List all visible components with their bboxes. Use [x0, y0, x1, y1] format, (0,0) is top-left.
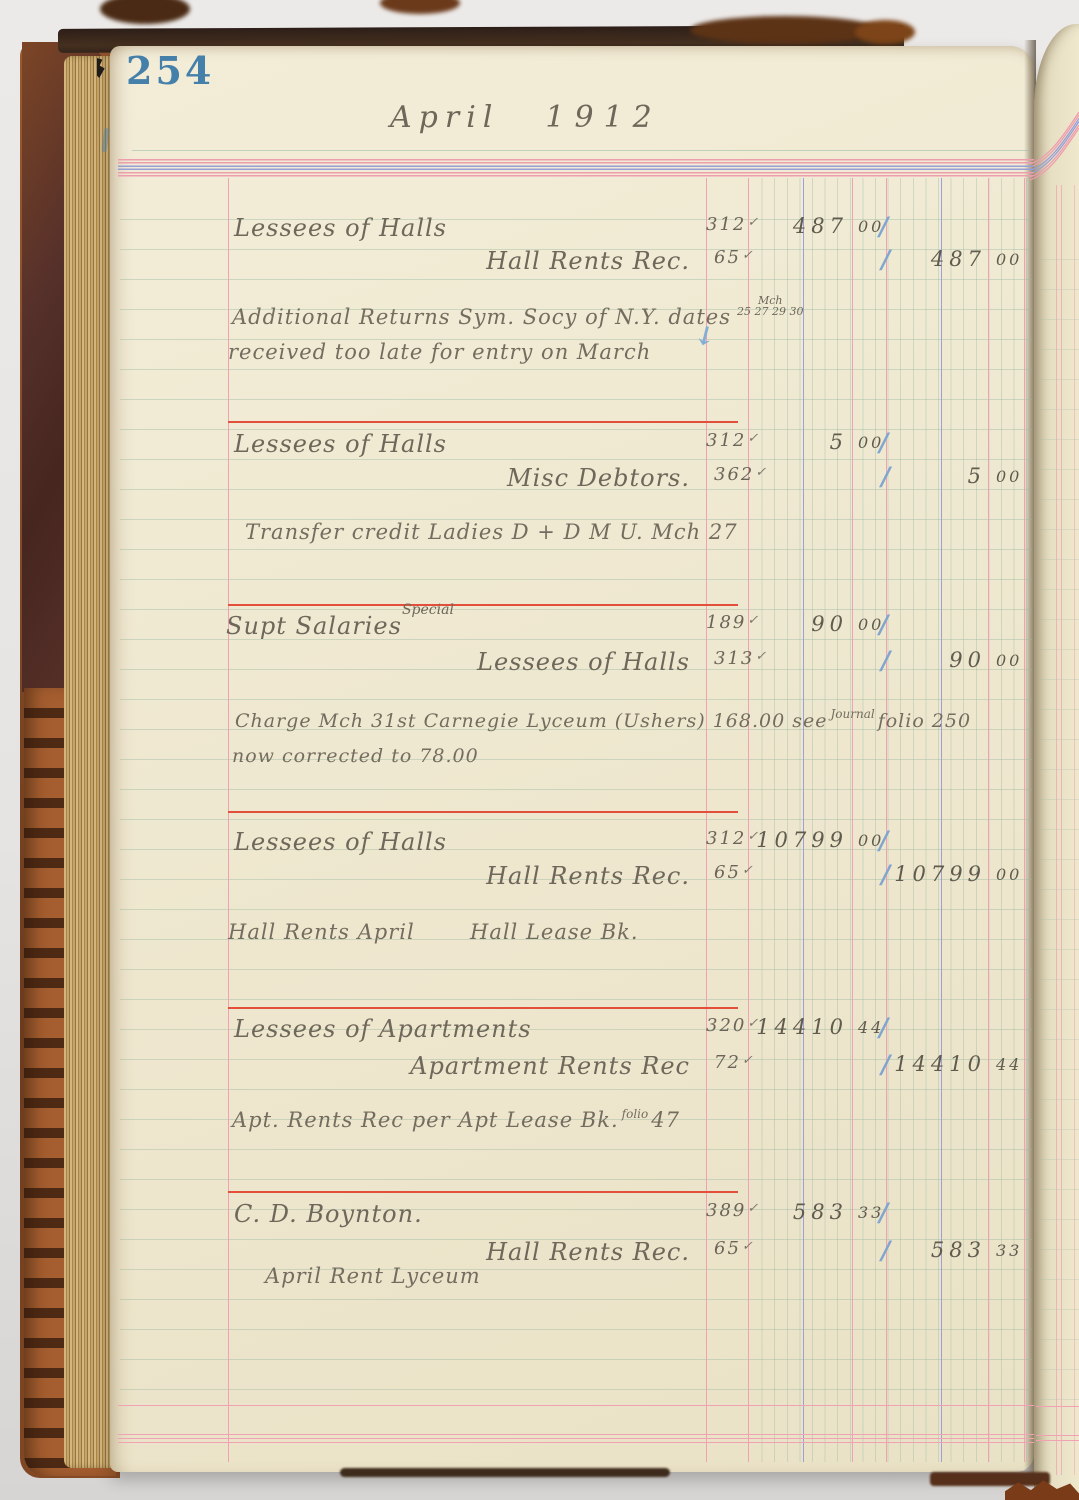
- debit-account-name: Lessees of Halls: [234, 430, 447, 458]
- book-bottom-edge: [930, 1472, 1050, 1486]
- entry-2-note-row: Transfer credit Ladies D + D M U. Mch 27: [0, 520, 1079, 554]
- credit-amount-cents: 44: [996, 1055, 1022, 1074]
- folio-number: 312: [706, 430, 746, 451]
- entry-1-credit-row: Hall Rents Rec. 65✓ / 487 00: [0, 247, 1079, 281]
- credit-account-name: Hall Rents Rec.: [360, 1238, 690, 1266]
- entry-note: Charge Mch 31st Carnegie Lyceum (Ushers)…: [235, 710, 971, 732]
- entry-4-credit-row: Hall Rents Rec. 65✓ / 10799 00: [0, 862, 1079, 896]
- title-month: April: [390, 100, 499, 135]
- credit-account-name: Misc Debtors.: [360, 464, 690, 492]
- entry-4-debit-row: Lessees of Halls 312✓ 10799 00 /: [0, 828, 1079, 862]
- ledger-photo: 254 April1912 Lessees of Halls 312✓ 487 …: [0, 0, 1079, 1500]
- note-text: April Rent Lyceum: [265, 1264, 481, 1288]
- facing-page-rule: [1036, 1406, 1079, 1407]
- entry-3-note-row-2: now corrected to 78.00: [0, 745, 1079, 779]
- entry-3-credit-row: Lessees of Halls 313✓ / 90 00: [0, 648, 1079, 682]
- torn-leather-fuzz: [690, 16, 880, 44]
- folio-number: 65: [714, 1238, 741, 1259]
- page-number: 254: [126, 48, 214, 93]
- credit-amount-cents: 00: [996, 651, 1022, 670]
- credit-amount-dollars: 14410: [886, 1052, 986, 1076]
- check-icon: ✓: [742, 1239, 755, 1254]
- note-text: 47: [651, 1108, 680, 1132]
- folio-number: 65: [714, 247, 741, 268]
- entry-6-note-row: April Rent Lyceum: [0, 1264, 1079, 1298]
- posting-tick-icon: /: [879, 212, 888, 241]
- account-superscript: Special: [402, 602, 454, 618]
- debit-account-name: C. D. Boynton.: [234, 1200, 423, 1228]
- folio-number: 72: [714, 1052, 741, 1073]
- note-text: received too late for entry on March: [228, 340, 651, 364]
- header-rule: [132, 150, 1030, 151]
- debit-account-name: Lessees of Halls: [234, 828, 447, 856]
- note-text: Transfer credit Ladies D + D M U. Mch 27: [245, 520, 738, 544]
- entry-2-credit-row: Misc Debtors. 362✓ / 5 00: [0, 464, 1079, 498]
- entry-3-note-row: Charge Mch 31st Carnegie Lyceum (Ushers)…: [0, 710, 1079, 744]
- credit-folio: 72✓: [714, 1052, 755, 1073]
- entry-6-debit-row: C. D. Boynton. 389✓ 583 33 /: [0, 1200, 1079, 1234]
- folio-number: 312: [706, 214, 746, 235]
- folio-number: 189: [706, 612, 746, 633]
- header-rule-band: [118, 158, 1034, 178]
- posting-tick-icon: /: [879, 1198, 888, 1227]
- entry-note: Apt. Rents Rec per Apt Lease Bk.folio47: [232, 1108, 680, 1132]
- entry-5-debit-row: Lessees of Apartments 320✓ 14410 44 /: [0, 1015, 1079, 1049]
- debit-account-name: Lessees of Halls: [234, 214, 447, 242]
- credit-folio: 65✓: [714, 247, 755, 268]
- credit-amount-dollars: 487: [886, 247, 986, 271]
- folio-number: 389: [706, 1200, 746, 1221]
- check-icon: ✓: [742, 1053, 755, 1068]
- credit-amount-dollars: 90: [886, 648, 986, 672]
- check-icon: ✓: [742, 248, 755, 263]
- debit-amount-dollars: 14410: [744, 1015, 848, 1039]
- entry-1-debit-row: Lessees of Halls 312✓ 487 00 /: [0, 214, 1079, 248]
- debit-account-name: Supt SalariesSpecial: [226, 612, 454, 640]
- note-text: now corrected to 78.00: [232, 745, 479, 767]
- annotation-dates: 25 27 29 30: [737, 306, 803, 317]
- entry-3-debit-row: Supt SalariesSpecial 189✓ 90 00 /: [0, 612, 1079, 646]
- title-year: 1912: [545, 100, 661, 135]
- credit-folio: 313✓: [714, 648, 768, 669]
- footer-rule: [118, 1442, 1034, 1443]
- facing-page-rule: [1036, 1435, 1079, 1436]
- credit-account-name: Apartment Rents Rec: [360, 1052, 690, 1080]
- facing-page-curl-band: [1030, 112, 1079, 184]
- credit-account-name: Hall Rents Rec.: [360, 247, 690, 275]
- folio-number: 362: [714, 464, 754, 485]
- entry-separator: [228, 1007, 738, 1009]
- entry-separator: [228, 811, 738, 813]
- entry-4-note-row: Hall Rents April Hall Lease Bk.: [0, 920, 1079, 954]
- credit-folio: 362✓: [714, 464, 768, 485]
- torn-leather-fuzz: [100, 0, 190, 24]
- credit-amount-cents: 00: [996, 467, 1022, 486]
- debit-amount-dollars: 5: [744, 430, 848, 454]
- debit-amount-dollars: 10799: [744, 828, 848, 852]
- credit-account-name: Hall Rents Rec.: [360, 862, 690, 890]
- note-text: Hall Rents April: [228, 920, 415, 944]
- note-superscript: Journal: [830, 707, 874, 721]
- footer-rule: [118, 1438, 1034, 1439]
- folio-number: 320: [706, 1015, 746, 1036]
- entry-2-debit-row: Lessees of Halls 312✓ 5 00 /: [0, 430, 1079, 464]
- credit-amount-dollars: 10799: [886, 862, 986, 886]
- folio-number: 313: [714, 648, 754, 669]
- check-icon: ✓: [755, 649, 768, 664]
- debit-amount-dollars: 487: [744, 214, 848, 238]
- note-superscript: folio: [622, 1107, 649, 1121]
- entry-1-note-row-2: received too late for entry on March: [0, 340, 1079, 374]
- credit-folio: 65✓: [714, 862, 755, 883]
- posting-tick-icon: /: [879, 428, 888, 457]
- book-bottom-edge: [340, 1468, 670, 1477]
- credit-amount-dollars: 583: [886, 1238, 986, 1262]
- note-text: folio 250: [878, 710, 971, 732]
- entry-separator: [228, 421, 738, 423]
- torn-leather-fuzz: [855, 20, 915, 44]
- posting-tick-icon: /: [879, 1013, 888, 1042]
- note-text: Charge Mch 31st Carnegie Lyceum (Ushers)…: [235, 710, 827, 732]
- credit-account-name: Lessees of Halls: [360, 648, 690, 676]
- note-annotation: Mch25 27 29 30: [737, 295, 803, 317]
- facing-page-rule: [1036, 1440, 1079, 1441]
- entry-5-note-row: Apt. Rents Rec per Apt Lease Bk.folio47: [0, 1108, 1079, 1142]
- note-text: Hall Lease Bk.: [470, 920, 639, 944]
- debit-amount-dollars: 90: [744, 612, 848, 636]
- credit-amount-dollars: 5: [886, 464, 986, 488]
- credit-folio: 65✓: [714, 1238, 755, 1259]
- footer-rule: [118, 1405, 1034, 1406]
- entry-separator: [228, 604, 738, 606]
- credit-amount-cents: 33: [996, 1241, 1022, 1260]
- debit-account-name: Lessees of Apartments: [234, 1015, 532, 1043]
- credit-amount-cents: 00: [996, 865, 1022, 884]
- credit-amount-cents: 00: [996, 250, 1022, 269]
- footer-rule: [118, 1434, 1034, 1435]
- entry-5-credit-row: Apartment Rents Rec 72✓ / 14410 44: [0, 1052, 1079, 1086]
- torn-leather-fuzz: [380, 0, 460, 14]
- check-icon: ✓: [755, 465, 768, 480]
- page-title: April1912: [390, 100, 662, 135]
- debit-amount-dollars: 583: [744, 1200, 848, 1224]
- folio-number: 312: [706, 828, 746, 849]
- entry-1-note-row: Additional Returns Sym. Socy of N.Y. dat…: [0, 305, 1079, 339]
- posting-tick-icon: /: [879, 610, 888, 639]
- account-text: Supt Salaries: [226, 612, 402, 640]
- folio-number: 65: [714, 862, 741, 883]
- check-icon: ✓: [742, 863, 755, 878]
- note-text: Additional Returns Sym. Socy of N.Y. dat…: [232, 305, 731, 329]
- note-text: Apt. Rents Rec per Apt Lease Bk.: [232, 1108, 619, 1132]
- entry-separator: [228, 1191, 738, 1193]
- posting-tick-icon: /: [879, 826, 888, 855]
